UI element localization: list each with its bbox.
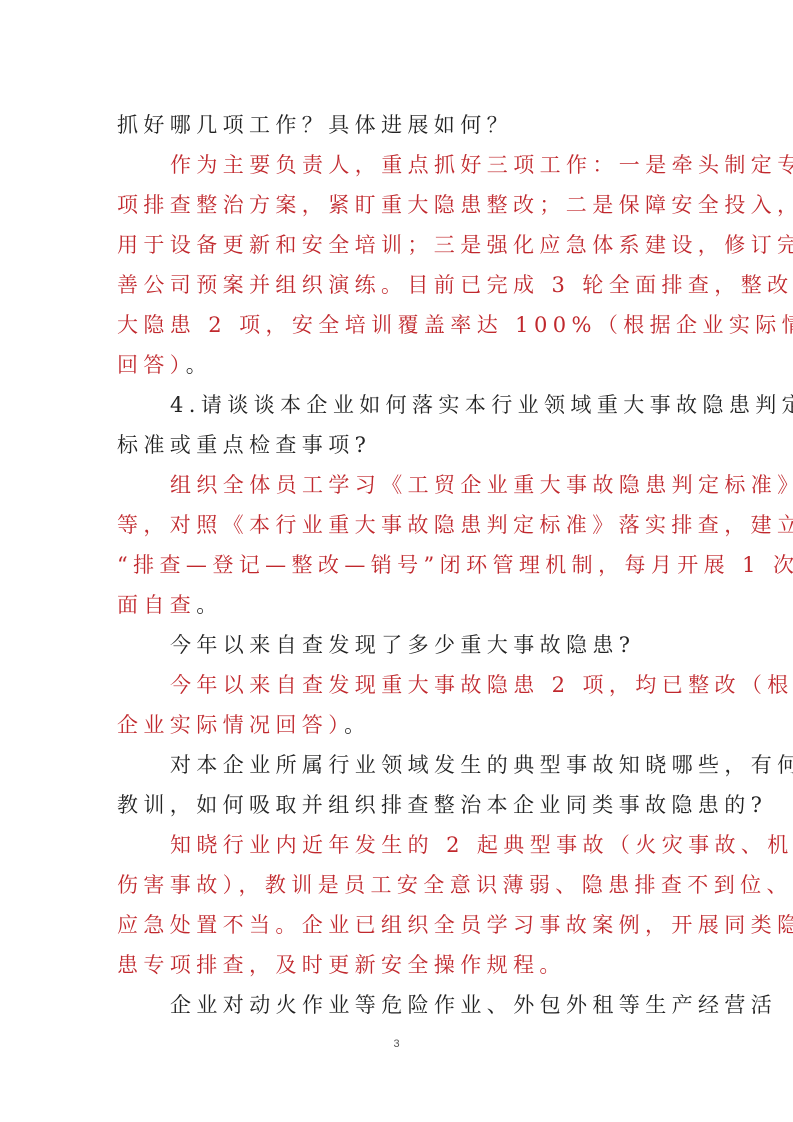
answer-text: 善公司预案并组织演练。目前已完成 3 轮全面排查，整改重 (117, 273, 793, 297)
body-text: 标准或重点检查事项? (117, 433, 371, 457)
body-text: 今年以来自查发现了多少重大事故隐患? (170, 633, 635, 657)
body-text: 。 (186, 353, 212, 377)
answer-line: 企业实际情况回答）。 (117, 705, 677, 745)
answer-line: “排查—登记—整改—销号”闭环管理机制，每月开展 1 次全 (117, 545, 677, 585)
answer-line: 面自查。 (117, 585, 677, 625)
answer-text: 知晓行业内近年发生的 2 起典型事故（火灾事故、机械 (170, 833, 793, 857)
answer-line: 伤害事故），教训是员工安全意识薄弱、隐患排查不到位、 (117, 865, 677, 905)
question-line: 标准或重点检查事项? (117, 425, 677, 465)
answer-text: 大隐患 2 项，安全培训覆盖率达 100%（根据企业实际情况 (117, 313, 793, 337)
question-line: 企业对动火作业等危险作业、外包外租等生产经营活 (117, 985, 677, 1025)
answer-line: 大隐患 2 项，安全培训覆盖率达 100%（根据企业实际情况 (117, 305, 677, 345)
answer-text: 作为主要负责人，重点抓好三项工作：一是牵头制定专 (170, 153, 793, 177)
body-text: 。 (344, 713, 370, 737)
body-text: 对本企业所属行业领域发生的典型事故知晓哪些，有何 (170, 753, 793, 777)
answer-line: 善公司预案并组织演练。目前已完成 3 轮全面排查，整改重 (117, 265, 677, 305)
answer-text: 面自查 (117, 593, 196, 617)
body-text: 4.请谈谈本企业如何落实本行业领域重大事故隐患判定 (170, 393, 793, 417)
answer-line: 作为主要负责人，重点抓好三项工作：一是牵头制定专 (117, 145, 677, 185)
answer-text: 回答） (117, 353, 186, 377)
page-number: 3 (0, 1038, 793, 1050)
answer-text: 组织全体员工学习《工贸企业重大事故隐患判定标准》 (170, 473, 793, 497)
answer-text: 伤害事故），教训是员工安全意识薄弱、隐患排查不到位、 (117, 873, 793, 897)
body-text: 企业对动火作业等危险作业、外包外租等生产经营活 (170, 993, 777, 1017)
answer-line: 回答）。 (117, 345, 677, 385)
question-line: 教训，如何吸取并组织排查整治本企业同类事故隐患的? (117, 785, 677, 825)
question-line: 今年以来自查发现了多少重大事故隐患? (117, 625, 677, 665)
answer-line: 知晓行业内近年发生的 2 起典型事故（火灾事故、机械 (117, 825, 677, 865)
answer-line: 今年以来自查发现重大事故隐患 2 项，均已整改（根据 (117, 665, 677, 705)
answer-text: 项排查整治方案，紧盯重大隐患整改；二是保障安全投入， (117, 193, 793, 217)
question-line: 对本企业所属行业领域发生的典型事故知晓哪些，有何 (117, 745, 677, 785)
answer-line: 组织全体员工学习《工贸企业重大事故隐患判定标准》 (117, 465, 677, 505)
body-text: 教训，如何吸取并组织排查整治本企业同类事故隐患的? (117, 793, 767, 817)
answer-text: 今年以来自查发现重大事故隐患 2 项，均已整改（根据 (170, 673, 793, 697)
answer-line: 项排查整治方案，紧盯重大隐患整改；二是保障安全投入， (117, 185, 677, 225)
answer-text: 患专项排查，及时更新安全操作规程。 (117, 953, 566, 977)
answer-text: 企业实际情况回答） (117, 713, 344, 737)
body-text: 抓好哪几项工作？具体进展如何？ (117, 113, 513, 137)
question-line: 抓好哪几项工作？具体进展如何？ (117, 105, 677, 145)
body-text: 。 (196, 593, 222, 617)
question-line: 4.请谈谈本企业如何落实本行业领域重大事故隐患判定 (117, 385, 677, 425)
answer-text: 用于设备更新和安全培训；三是强化应急体系建设，修订完 (117, 233, 793, 257)
answer-text: 等，对照《本行业重大事故隐患判定标准》落实排查，建立 (117, 513, 793, 537)
answer-text: 应急处置不当。企业已组织全员学习事故案例，开展同类隐 (117, 913, 793, 937)
document-page: 抓好哪几项工作？具体进展如何？作为主要负责人，重点抓好三项工作：一是牵头制定专项… (117, 105, 677, 1025)
answer-line: 等，对照《本行业重大事故隐患判定标准》落实排查，建立 (117, 505, 677, 545)
answer-line: 用于设备更新和安全培训；三是强化应急体系建设，修订完 (117, 225, 677, 265)
answer-line: 患专项排查，及时更新安全操作规程。 (117, 945, 677, 985)
answer-line: 应急处置不当。企业已组织全员学习事故案例，开展同类隐 (117, 905, 677, 945)
answer-text: “排查—登记—整改—销号”闭环管理机制，每月开展 1 次全 (117, 553, 793, 577)
